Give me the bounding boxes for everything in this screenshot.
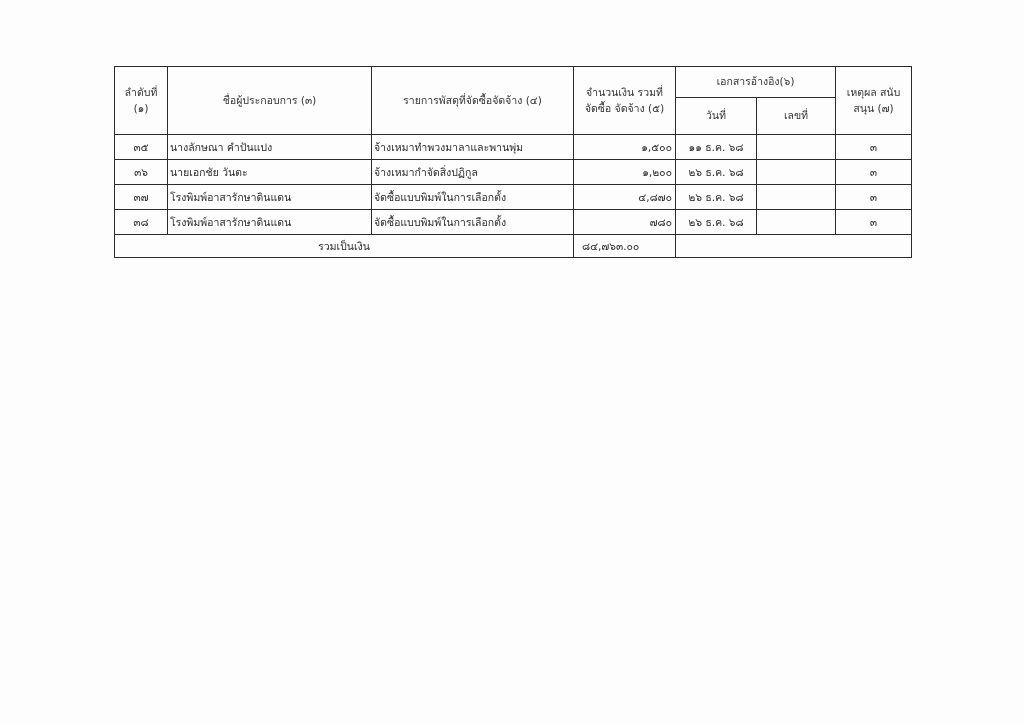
cell-item: จัดซื้อแบบพิมพ์ในการเลือกตั้ง (372, 185, 574, 210)
cell-no: ๓๖ (115, 160, 168, 185)
header-vendor: ชื่อผู้ประกอบการ (๓) (168, 67, 372, 135)
cell-item: จัดซื้อแบบพิมพ์ในการเลือกตั้ง (372, 210, 574, 235)
cell-vendor: โรงพิมพ์อาสารักษาดินแดน (168, 185, 372, 210)
document-page: ลำดับที่ (๑) ชื่อผู้ประกอบการ (๓) รายการ… (0, 0, 1024, 724)
cell-number (757, 135, 836, 160)
cell-date: ๒๖ ธ.ค. ๖๘ (676, 210, 757, 235)
total-label: รวมเป็นเงิน (115, 235, 574, 258)
table-row: ๓๖ นายเอกชัย วันตะ จ้างเหมากำจัดสิ่งปฏิก… (115, 160, 912, 185)
cell-reason: ๓ (836, 135, 912, 160)
header-no: ลำดับที่ (๑) (115, 67, 168, 135)
header-amount-line1: จำนวนเงิน รวมที่ (578, 85, 671, 101)
header-no-line2: (๑) (119, 101, 163, 117)
header-ref-date: วันที่ (676, 98, 757, 135)
total-row: รวมเป็นเงิน ๘๔,๗๖๓.๐๐ (115, 235, 912, 258)
cell-vendor: นางลักษณา คำปันแปง (168, 135, 372, 160)
cell-date: ๒๖ ธ.ค. ๖๘ (676, 185, 757, 210)
cell-no: ๓๗ (115, 185, 168, 210)
total-blank (676, 235, 912, 258)
procurement-table: ลำดับที่ (๑) ชื่อผู้ประกอบการ (๓) รายการ… (114, 66, 912, 258)
cell-number (757, 210, 836, 235)
table-row: ๓๗ โรงพิมพ์อาสารักษาดินแดน จัดซื้อแบบพิม… (115, 185, 912, 210)
header-item: รายการพัสดุที่จัดซื้อจัดจ้าง (๔) (372, 67, 574, 135)
cell-number (757, 185, 836, 210)
table-body: ๓๕ นางลักษณา คำปันแปง จ้างเหมาทำพวงมาลาแ… (115, 135, 912, 258)
header-ref-number: เลขที่ (757, 98, 836, 135)
header-reference: เอกสารอ้างอิง(๖) (676, 67, 836, 98)
header-amount-line2: จัดซื้อ จัดจ้าง (๕) (578, 101, 671, 117)
cell-reason: ๓ (836, 160, 912, 185)
cell-date: ๒๖ ธ.ค. ๖๘ (676, 160, 757, 185)
header-no-line1: ลำดับที่ (119, 85, 163, 101)
header-reason-line1: เหตุผล สนับ (840, 85, 907, 101)
cell-number (757, 160, 836, 185)
cell-item: จ้างเหมาทำพวงมาลาและพานพุ่ม (372, 135, 574, 160)
cell-amount: ๔,๘๗๐ (574, 185, 676, 210)
cell-reason: ๓ (836, 210, 912, 235)
cell-amount: ๑,๒๐๐ (574, 160, 676, 185)
cell-date: ๑๑ ธ.ค. ๖๘ (676, 135, 757, 160)
cell-amount: ๗๘๐ (574, 210, 676, 235)
table-row: ๓๕ นางลักษณา คำปันแปง จ้างเหมาทำพวงมาลาแ… (115, 135, 912, 160)
cell-amount: ๑,๕๐๐ (574, 135, 676, 160)
header-amount: จำนวนเงิน รวมที่ จัดซื้อ จัดจ้าง (๕) (574, 67, 676, 135)
cell-reason: ๓ (836, 185, 912, 210)
cell-item: จ้างเหมากำจัดสิ่งปฏิกูล (372, 160, 574, 185)
cell-no: ๓๘ (115, 210, 168, 235)
cell-no: ๓๕ (115, 135, 168, 160)
total-amount: ๘๔,๗๖๓.๐๐ (574, 235, 676, 258)
header-reason-line2: สนุน (๗) (840, 101, 907, 117)
cell-vendor: โรงพิมพ์อาสารักษาดินแดน (168, 210, 372, 235)
header-reason: เหตุผล สนับ สนุน (๗) (836, 67, 912, 135)
table-row: ๓๘ โรงพิมพ์อาสารักษาดินแดน จัดซื้อแบบพิม… (115, 210, 912, 235)
cell-vendor: นายเอกชัย วันตะ (168, 160, 372, 185)
header-row: ลำดับที่ (๑) ชื่อผู้ประกอบการ (๓) รายการ… (115, 67, 912, 98)
